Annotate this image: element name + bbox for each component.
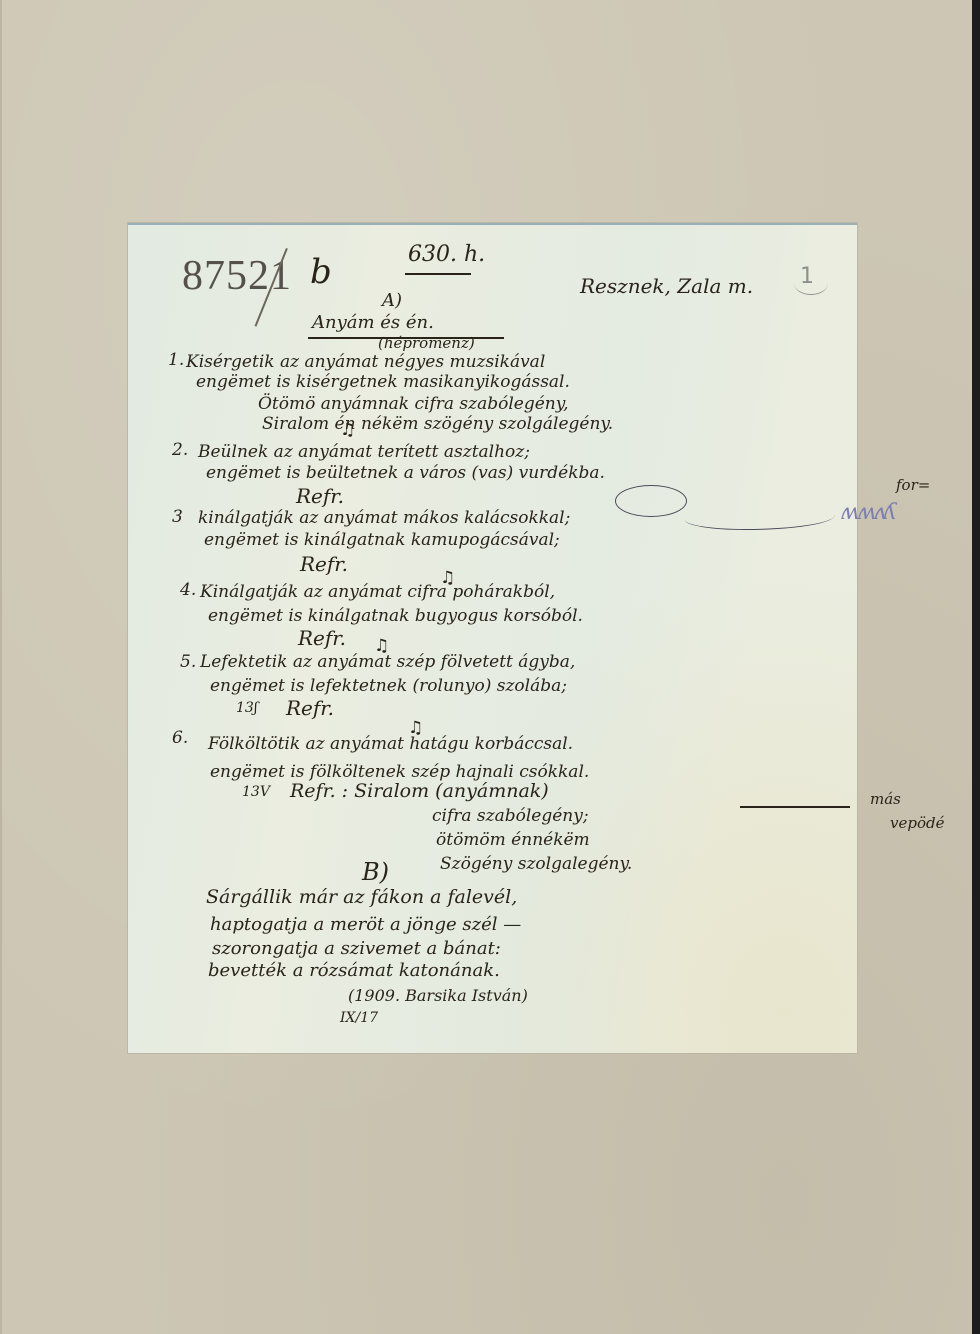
song-subtitle: (hépromenz) bbox=[378, 334, 475, 352]
verse-line: engëmet is kinálgatnak kamupogácsával; bbox=[204, 530, 560, 550]
verse-number: 6. bbox=[172, 728, 188, 748]
song-b-line: szorongatja a szivemet a bánat: bbox=[212, 938, 501, 959]
section-b-label: B) bbox=[362, 858, 389, 886]
song-title: Anyám és én. bbox=[312, 312, 434, 333]
verse-line: engëmet is beültetnek a város (vas) vurd… bbox=[206, 463, 605, 483]
verse-line: engëmet is fölköltenek szép hajnali csók… bbox=[210, 762, 589, 782]
verse-number: 2. bbox=[172, 440, 188, 460]
verse-line: engëmet is kisérgetnek masikanyikogással… bbox=[196, 372, 570, 392]
verse-line: Kinálgatják az anyámat cifra pohárakból, bbox=[200, 582, 555, 602]
refrain-line: Szögény szolgalegény. bbox=[440, 854, 632, 874]
song-b-line: Sárgállik már az fákon a falevél, bbox=[206, 886, 517, 908]
catalog-number: 630. h. bbox=[408, 242, 485, 267]
verse-number: 4. bbox=[180, 580, 196, 600]
location-label: Resznek, Zala m. bbox=[580, 274, 753, 298]
catalog-underline bbox=[405, 273, 471, 275]
mount-board-left-edge bbox=[0, 0, 2, 1334]
song-b-line: haptogatja a meröt a jönge szél — bbox=[210, 914, 521, 935]
verse-line: Siralom én nékëm szögény szolgálegény. bbox=[262, 414, 613, 434]
word-underline bbox=[740, 806, 850, 808]
margin-note: for= bbox=[896, 476, 930, 494]
music-note-icon: ♫ bbox=[340, 420, 355, 440]
verse-line: Lefektetik az anyámat szép fölvetett ágy… bbox=[200, 652, 575, 672]
refrain-label: Refr. bbox=[300, 552, 348, 576]
refrain-label: Refr. bbox=[286, 696, 334, 720]
section-a-label: A) bbox=[382, 290, 402, 311]
verse-line: Kisérgetik az anyámat négyes muzsikával bbox=[186, 352, 545, 372]
verse-line: Beülnek az anyámat terített asztalhoz; bbox=[198, 442, 530, 462]
pencil-circle-mark bbox=[615, 485, 687, 517]
verse-number: 3 bbox=[172, 507, 183, 527]
verse-line: Fölköltötik az anyámat hatágu korbáccsal… bbox=[208, 734, 573, 754]
attribution: (1909. Barsika István) bbox=[348, 986, 528, 1005]
page-number-circle bbox=[794, 272, 828, 295]
refrain-label: Refr. bbox=[296, 484, 344, 508]
inventory-suffix: b bbox=[310, 252, 332, 292]
date-note: IX/17 bbox=[340, 1010, 378, 1026]
refrain-label: Refr. : Siralom (anyámnak) bbox=[290, 780, 549, 802]
verse-line: kinálgatják az anyámat mákos kalácsokkal… bbox=[198, 508, 570, 528]
verse-line: engëmet is kinálgatnak bugyogus korsóból… bbox=[208, 606, 583, 626]
verse-number: 5. bbox=[180, 652, 196, 672]
margin-scribble: ʍʍʌʎ bbox=[840, 500, 895, 525]
refrain-line: cifra szabólegény; bbox=[432, 806, 589, 826]
verse-line: Ötömö anyámnak cifra szabólegény, bbox=[258, 394, 568, 414]
margin-tune-mark: 13ʃ bbox=[236, 700, 258, 716]
margin-tune-mark: 13V bbox=[242, 784, 270, 800]
song-b-line: bevették a rózsámat katonának. bbox=[208, 960, 500, 981]
verse-line: engëmet is lefektetnek (rolunyo) szolába… bbox=[210, 676, 567, 696]
margin-note: vepödé bbox=[890, 814, 944, 832]
margin-note: más bbox=[870, 790, 901, 808]
mount-board-right-edge bbox=[972, 0, 980, 1334]
verse-number: 1. bbox=[168, 350, 184, 370]
refrain-line: ötömöm énnékëm bbox=[436, 830, 590, 850]
refrain-label: Refr. bbox=[298, 626, 346, 650]
